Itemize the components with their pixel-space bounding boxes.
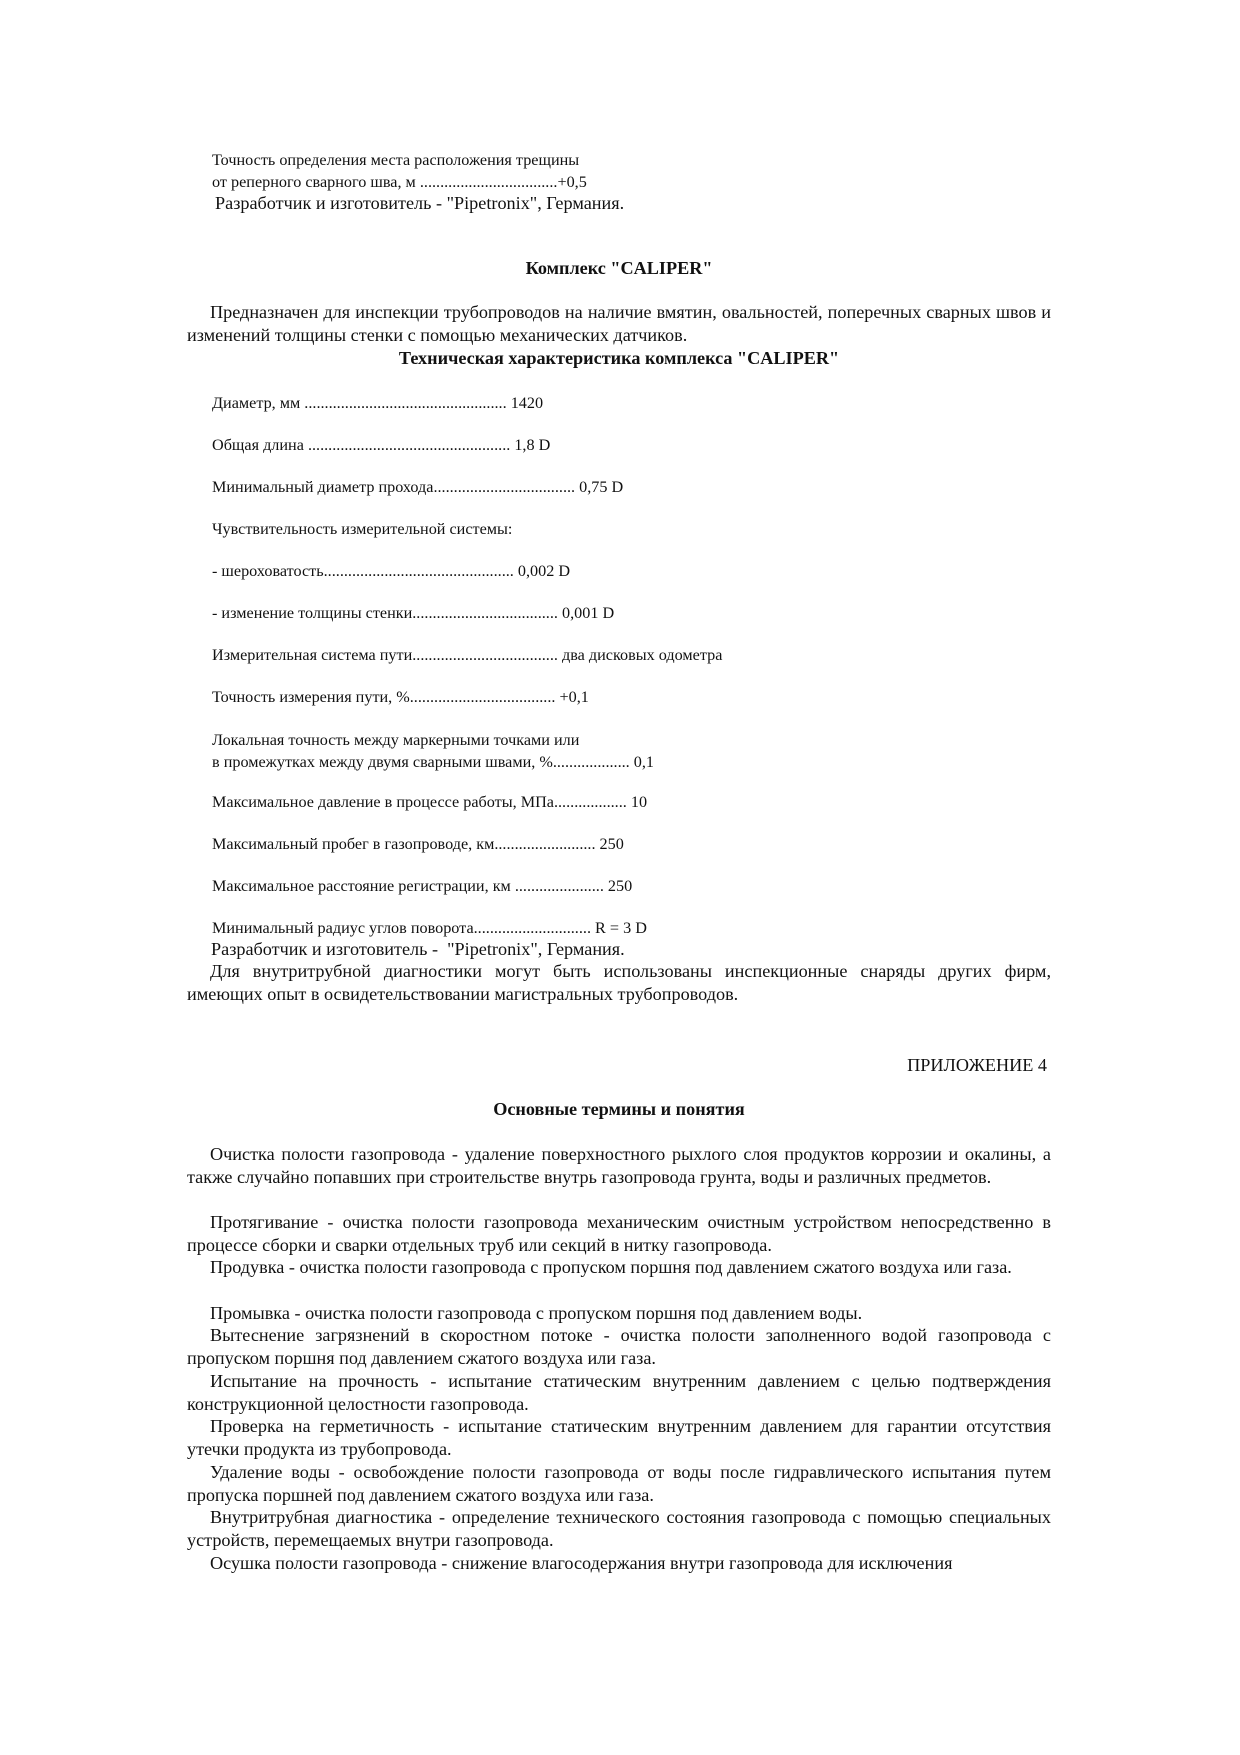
spec-item: Чувствительность измерительной системы: <box>212 519 512 539</box>
spec-item: - изменение толщины стенки..............… <box>212 603 614 623</box>
caliper-developer-line: Разработчик и изготовитель - "Pipetronix… <box>211 938 625 961</box>
term-paragraph: Внутритрубная диагностика - определение … <box>187 1506 1051 1551</box>
spec-item: Локальная точность между маркерными точк… <box>212 729 654 773</box>
prev-developer-line: Разработчик и изготовитель - "Pipetronix… <box>215 192 624 215</box>
caliper-note: Для внутритрубной диагностики могут быть… <box>187 960 1051 1005</box>
term-paragraph: Продувка - очистка полости газопровода с… <box>187 1256 1051 1279</box>
term-paragraph: Осушка полости газопровода - снижение вл… <box>187 1552 1051 1575</box>
term-paragraph: Очистка полости газопровода - удаление п… <box>187 1143 1051 1188</box>
spec-line-crack-accuracy: Точность определения места расположения … <box>212 150 579 170</box>
spec-item: Точность измерения пути, %..............… <box>212 687 589 707</box>
term-paragraph: Проверка на герметичность - испытание ст… <box>187 1415 1051 1460</box>
spec-item: Минимальный радиус углов поворота.......… <box>212 918 647 938</box>
term-paragraph: Протягивание - очистка полости газопрово… <box>187 1211 1051 1256</box>
spec-item: Общая длина ............................… <box>212 435 550 455</box>
spec-item: Измерительная система пути..............… <box>212 645 722 665</box>
term-paragraph: Удаление воды - освобождение полости газ… <box>187 1461 1051 1506</box>
term-paragraph: Промывка - очистка полости газопровода с… <box>187 1302 1051 1325</box>
appendix-label: ПРИЛОЖЕНИЕ 4 <box>907 1054 1047 1076</box>
spec-line-crack-accuracy-value: от реперного сварного шва, м ...........… <box>212 172 587 192</box>
spec-item: Максимальное расстояние регистрации, км … <box>212 876 632 896</box>
spec-item: Максимальное давление в процессе работы,… <box>212 792 647 812</box>
appendix-title: Основные термины и понятия <box>187 1098 1051 1121</box>
spec-item: Минимальный диаметр прохода.............… <box>212 477 623 497</box>
caliper-description: Предназначен для инспекции трубопроводов… <box>187 301 1051 346</box>
caliper-title: Комплекс "CALIPER" <box>187 257 1051 280</box>
term-paragraph: Испытание на прочность - испытание стати… <box>187 1370 1051 1415</box>
caliper-spec-title: Техническая характеристика комплекса "CA… <box>187 347 1051 370</box>
spec-item: Диаметр, мм ............................… <box>212 393 543 413</box>
term-paragraph: Вытеснение загрязнений в скоростном пото… <box>187 1324 1051 1369</box>
spec-item: - шероховатость.........................… <box>212 561 570 581</box>
spec-item: Максимальный пробег в газопроводе, км...… <box>212 834 624 854</box>
